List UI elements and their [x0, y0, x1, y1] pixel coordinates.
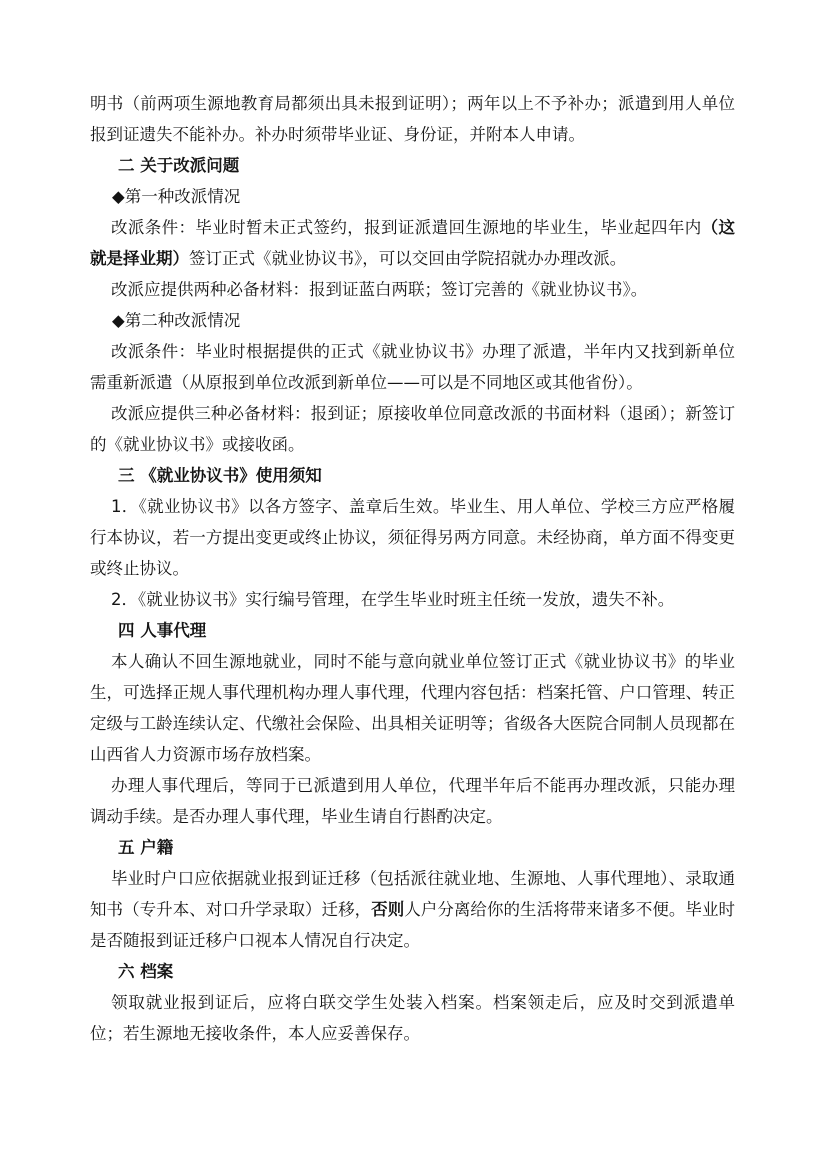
section-heading: 二 关于改派问题 — [90, 150, 735, 181]
paragraph: 领取就业报到证后，应将白联交学生处装入档案。档案领走后，应及时交到派遣单位；若生… — [90, 987, 735, 1049]
text-run: 改派条件：毕业时暂未正式签约，报到证派遣回生源地的毕业生，毕业起四年内 — [111, 218, 702, 237]
text-run: 签订正式《就业协议书》，可以交回由学院招就办办理改派。 — [189, 249, 626, 268]
bullet-item: ◆第二种改派情况 — [90, 305, 735, 336]
section-heading: 三 《就业协议书》使用须知 — [90, 460, 735, 491]
text-run: 改派条件：毕业时根据提供的正式《就业协议书》办理了派遣，半年内又找到新单位需重新… — [90, 342, 735, 392]
text-run: 改派应提供三种必备材料：报到证；原接收单位同意改派的书面材料（退函）；新签订的《… — [90, 404, 735, 454]
text-run: ◆第二种改派情况 — [112, 311, 240, 330]
paragraph: 改派应提供三种必备材料：报到证；原接收单位同意改派的书面材料（退函）；新签订的《… — [90, 398, 735, 460]
paragraph-continuation: 明书（前两项生源地教育局都须出具未报到证明）；两年以上不予补办；派遣到用人单位报… — [90, 88, 735, 150]
paragraph: 本人确认不回生源地就业，同时不能与意向就业单位签订正式《就业协议书》的毕业生，可… — [90, 646, 735, 770]
document-body: 明书（前两项生源地教育局都须出具未报到证明）；两年以上不予补办；派遣到用人单位报… — [90, 88, 735, 1049]
bold-text-run: 否则 — [371, 900, 404, 919]
bold-text-run: 六 档案 — [118, 962, 173, 981]
text-run: 1．《就业协议书》以各方签字、盖章后生效。毕业生、用人单位、学校三方应严格履行本… — [90, 497, 735, 578]
text-run: 改派应提供两种必备材料：报到证蓝白两联；签订完善的《就业协议书》。 — [111, 280, 647, 299]
paragraph: 改派条件：毕业时暂未正式签约，报到证派遣回生源地的毕业生，毕业起四年内（这就是择… — [90, 212, 735, 274]
paragraph: 办理人事代理后，等同于已派遣到用人单位，代理半年后不能再办理改派，只能办理调动手… — [90, 770, 735, 832]
text-run: 领取就业报到证后，应将白联交学生处装入档案。档案领走后，应及时交到派遣单位；若生… — [90, 993, 735, 1043]
text-run: 本人确认不回生源地就业，同时不能与意向就业单位签订正式《就业协议书》的毕业生，可… — [90, 652, 735, 764]
bold-text-run: 四 人事代理 — [118, 621, 206, 640]
text-run: ◆第一种改派情况 — [112, 187, 240, 206]
paragraph: 改派应提供两种必备材料：报到证蓝白两联；签订完善的《就业协议书》。 — [90, 274, 735, 305]
section-heading: 五 户籍 — [90, 832, 735, 863]
bold-text-run: 三 《就业协议书》使用须知 — [118, 466, 322, 485]
bullet-item: ◆第一种改派情况 — [90, 181, 735, 212]
bold-text-run: 五 户籍 — [118, 838, 173, 857]
paragraph: 1．《就业协议书》以各方签字、盖章后生效。毕业生、用人单位、学校三方应严格履行本… — [90, 491, 735, 584]
section-heading: 四 人事代理 — [90, 615, 735, 646]
paragraph: 2．《就业协议书》实行编号管理，在学生毕业时班主任统一发放，遗失不补。 — [90, 584, 735, 615]
text-run: 办理人事代理后，等同于已派遣到用人单位，代理半年后不能再办理改派，只能办理调动手… — [90, 776, 735, 826]
paragraph: 改派条件：毕业时根据提供的正式《就业协议书》办理了派遣，半年内又找到新单位需重新… — [90, 336, 735, 398]
bold-text-run: 二 关于改派问题 — [118, 156, 239, 175]
document-page: 明书（前两项生源地教育局都须出具未报到证明）；两年以上不予补办；派遣到用人单位报… — [0, 0, 826, 1169]
paragraph: 毕业时户口应依据就业报到证迁移（包括派往就业地、生源地、人事代理地）、录取通知书… — [90, 863, 735, 956]
text-run: 明书（前两项生源地教育局都须出具未报到证明）；两年以上不予补办；派遣到用人单位报… — [90, 94, 735, 144]
text-run: 2．《就业协议书》实行编号管理，在学生毕业时班主任统一发放，遗失不补。 — [111, 590, 674, 609]
section-heading: 六 档案 — [90, 956, 735, 987]
